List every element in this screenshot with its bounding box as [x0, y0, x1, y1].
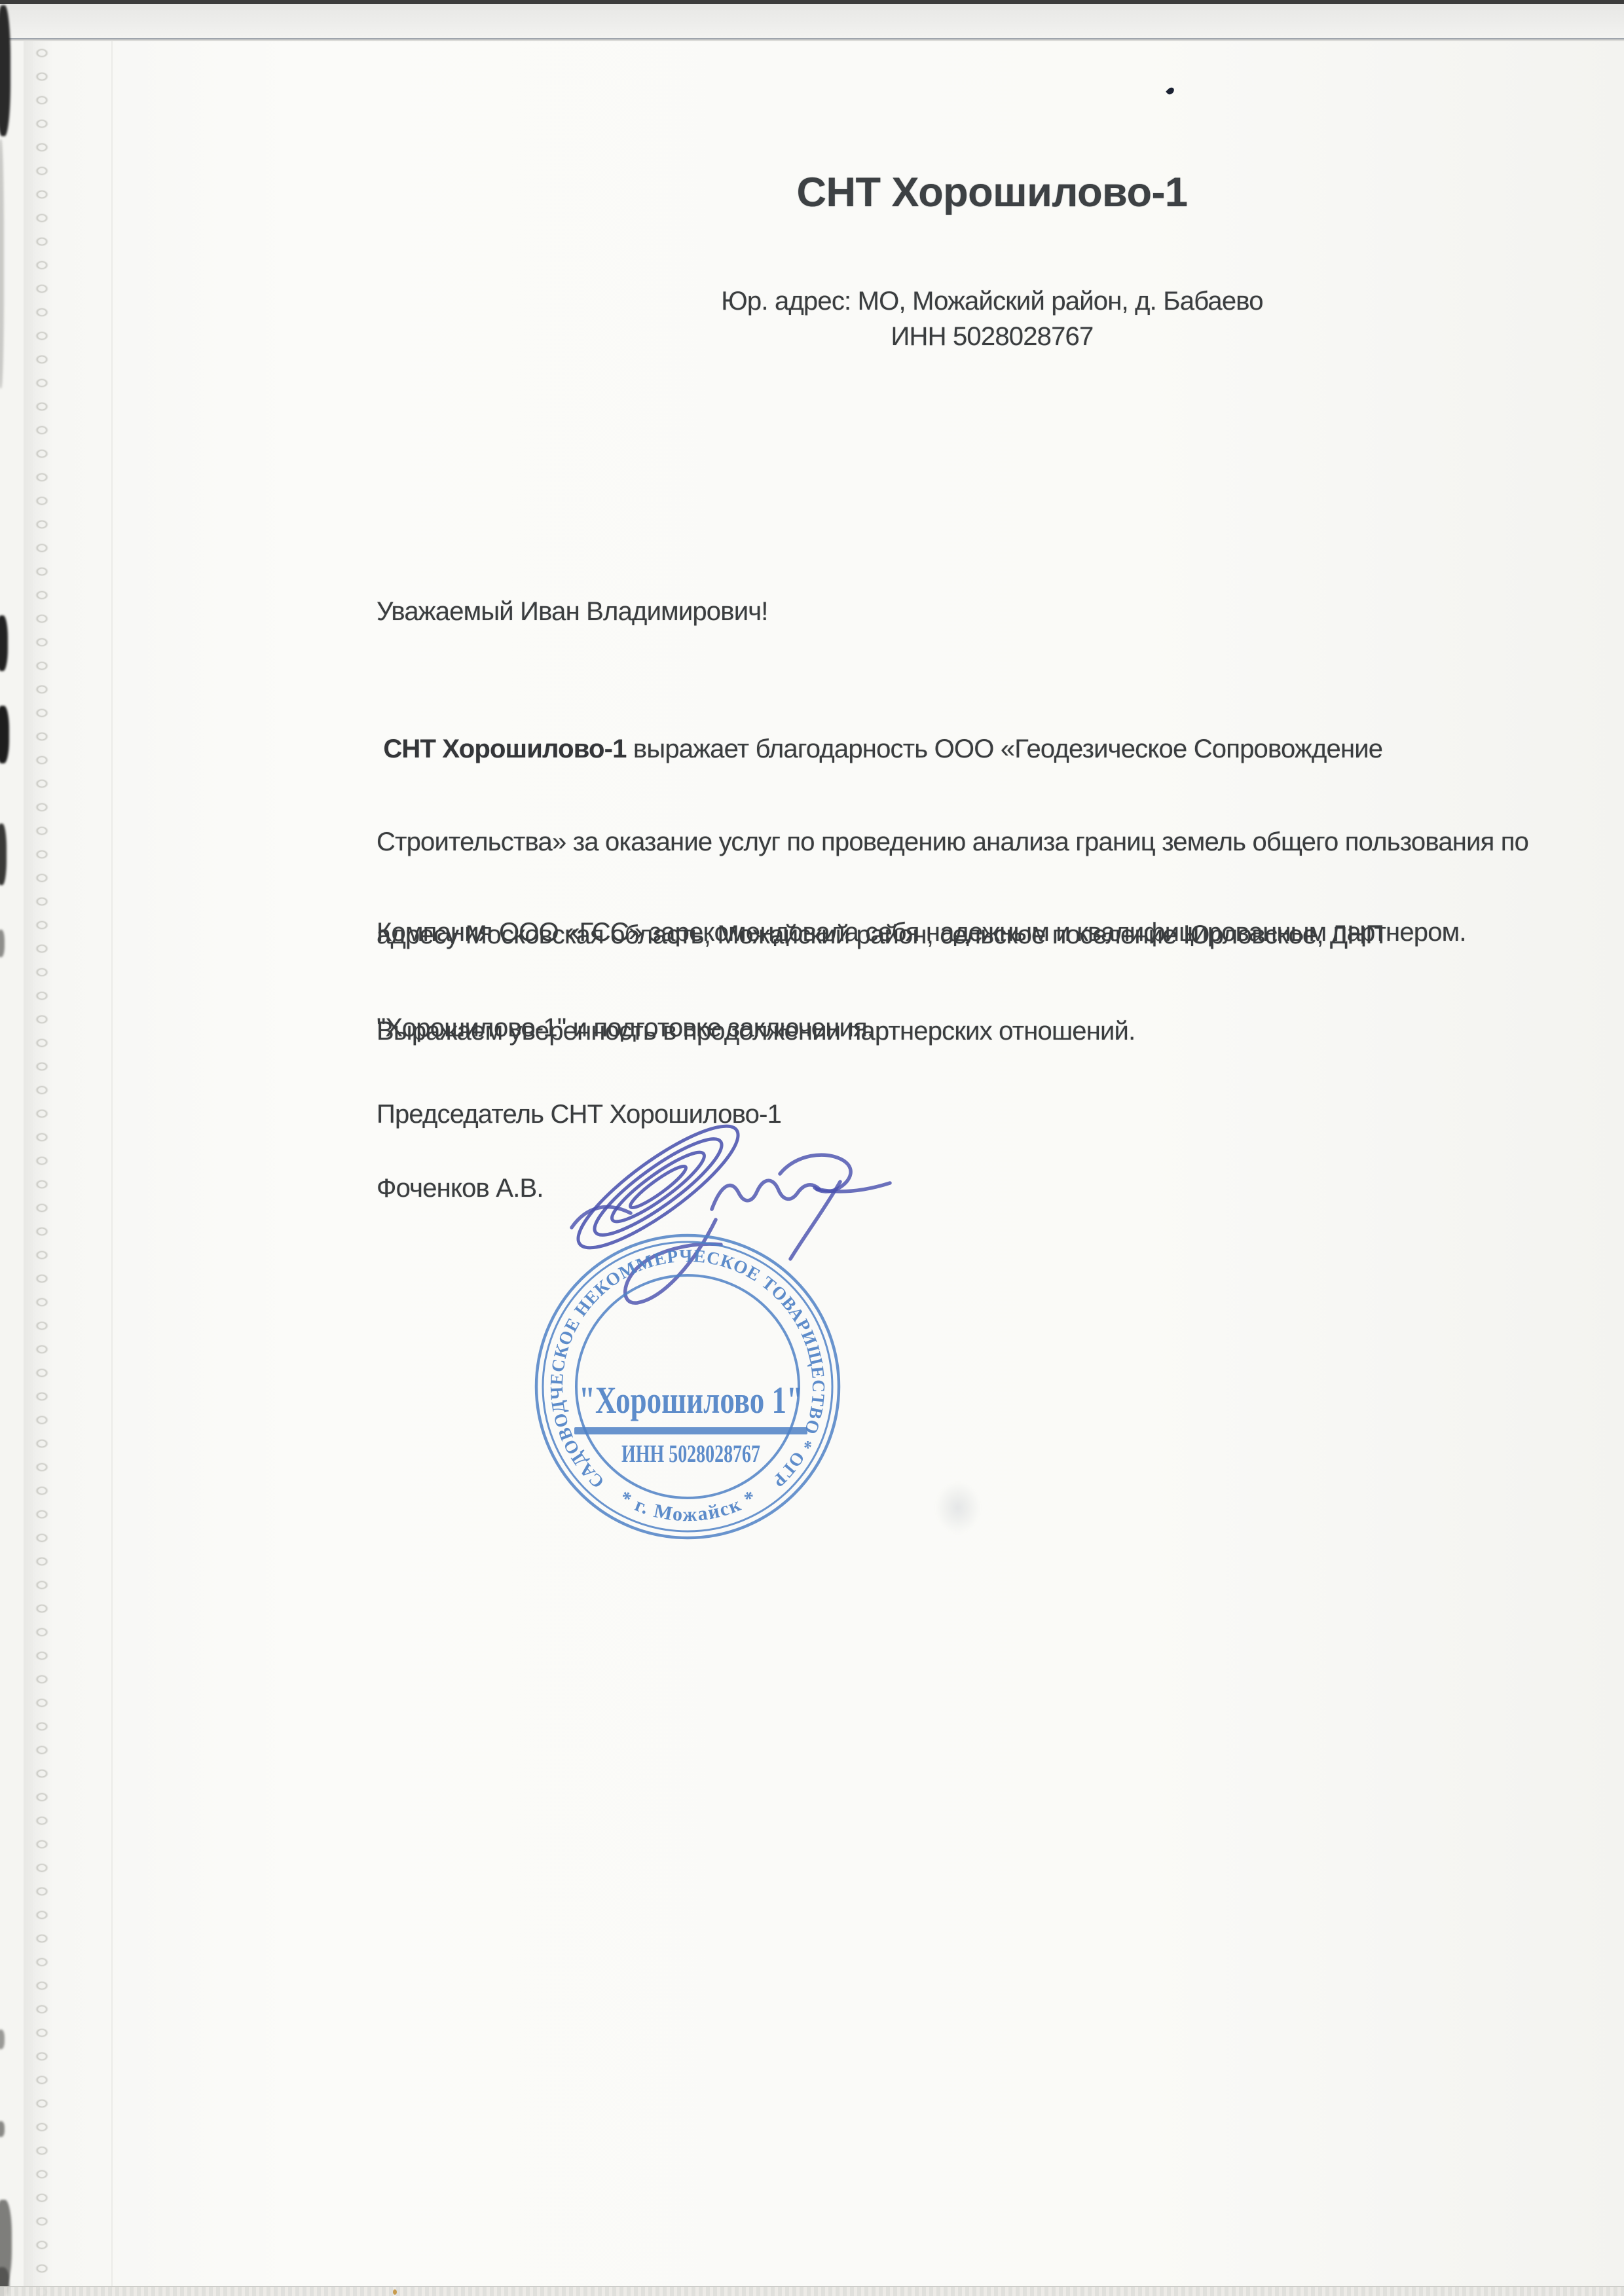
paragraph-line: СНТ Хорошилово-1 выражает благодарность …: [377, 732, 1528, 766]
paragraph-partnership: Компания ООО «ГСС» зарекомендовала себя …: [377, 854, 1466, 1110]
paragraph-line: Компания ООО «ГСС» зарекомендовала себя …: [377, 913, 1466, 953]
stray-ink-dot: [1166, 86, 1175, 96]
org-title: СНТ Хорошилово-1: [377, 169, 1608, 216]
scan-artifact: [0, 930, 5, 957]
inn-line: ИНН 5028028767: [377, 322, 1608, 352]
scan-artifact: [0, 139, 4, 388]
paper-crease: [111, 41, 113, 2296]
scanner-band-top: [0, 4, 1624, 38]
paper-bottom-torn-edge: [0, 2286, 1624, 2296]
stamp-center-name: "Хорошилово 1": [579, 1379, 803, 1421]
spiral-perforation-edge: [30, 41, 59, 2296]
paper-fleck: [393, 2289, 397, 2295]
legal-address-line: Юр. адрес: МО, Можайский район, д. Бабае…: [377, 287, 1608, 316]
scan-artifact: [0, 824, 7, 885]
letter-paper: СНТ Хорошилово-1 Юр. адрес: МО, Можайски…: [0, 41, 1624, 2296]
salutation: Уважаемый Иван Владимирович!: [377, 594, 768, 629]
signer-name: Фоченков А.В.: [377, 1174, 544, 1203]
round-stamp: САДОВОДЧЕСКОЕ НЕКОММЕРЧЕСКОЕ ТОВАРИЩЕСТВ…: [524, 1223, 851, 1550]
paragraph-line: Выражаем уверенность в продолжении партн…: [377, 1011, 1466, 1051]
scan-artifact: [0, 5, 10, 136]
scan-artifact: [0, 2030, 5, 2049]
stamp-divider-bar: [574, 1427, 807, 1434]
scan-artifact: [0, 615, 8, 671]
scan-artifact: [0, 2121, 5, 2137]
org-name-bold: СНТ Хорошилово-1: [377, 735, 627, 763]
pencil-smudge: [935, 1482, 981, 1534]
scanned-letter-page: СНТ Хорошилово-1 Юр. адрес: МО, Можайски…: [0, 0, 1624, 2296]
scan-artifact: [0, 706, 9, 763]
stamp-city-text: * г. Можайск *: [616, 1486, 761, 1526]
stamp-inn-text: ИНН 5028028767: [621, 1440, 760, 1468]
